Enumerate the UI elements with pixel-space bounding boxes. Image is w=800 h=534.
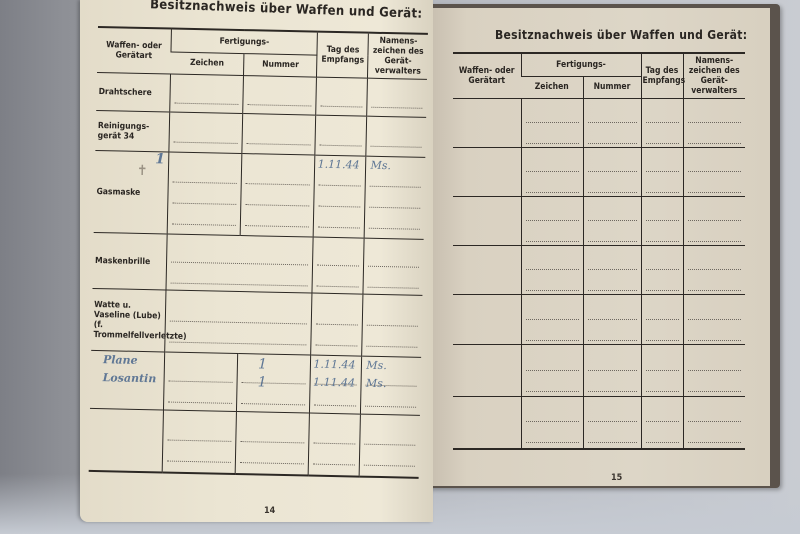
inventory-table-right: Waffen- oder Gerätart Fertigungs- Tag de… <box>453 52 745 450</box>
table-row <box>453 397 745 449</box>
col-item-header: Waffen- oder Gerätart <box>97 27 171 74</box>
handwritten-date: 1.11.44 <box>313 358 355 372</box>
page-title: Besitznachweis über Waffen und Gerät: <box>495 28 747 42</box>
table-row <box>89 408 420 477</box>
page-title: Besitznachweis über Waffen und Gerät: <box>150 0 423 22</box>
handwritten-number: 1 <box>258 356 267 372</box>
col-manufacture-header: Fertigungs- <box>171 29 318 55</box>
left-page: Besitznachweis über Waffen und Gerät: Wa… <box>80 0 433 522</box>
table-row: 1 ✝ Gasmaske 1.11.44 Ms. <box>94 150 426 239</box>
item-label: Plane Losantin <box>90 350 165 410</box>
right-page: Besitznachweis über Waffen und Gerät: Wa… <box>433 8 770 486</box>
col-signature-header: Namens- zeichen des Gerät- verwalters <box>368 33 428 80</box>
table-row: Maskenbrille <box>93 232 424 295</box>
col-number-header: Nummer <box>583 76 641 98</box>
table-row <box>453 345 745 397</box>
col-manufacture-header: Fertigungs- <box>521 53 641 76</box>
handwritten-item: Losantin <box>103 373 157 384</box>
table-row: Plane Losantin 1 1 1.11.44 1.11.44 Ms. M… <box>90 350 421 415</box>
col-mark-header: Zeichen <box>170 52 244 76</box>
item-label <box>89 408 164 472</box>
table-row: Reinigungs- gerät 34 <box>95 110 426 157</box>
col-number-header: Nummer <box>244 53 318 77</box>
table-row <box>453 99 745 148</box>
handwritten-quantity: 1 <box>155 154 165 164</box>
col-mark-header: Zeichen <box>521 76 583 98</box>
item-label: Watte u. Vaseline (Lube) (f. Trommelfell… <box>91 288 166 352</box>
handwritten-signature: Ms. <box>366 377 387 390</box>
col-signature-header: Namens- zeichen des Gerät- verwalters <box>683 53 745 99</box>
page-number: 15 <box>611 473 622 483</box>
handwritten-date: 1.11.44 <box>313 376 355 390</box>
table-row <box>453 148 745 197</box>
table-row <box>453 246 745 295</box>
col-item-header: Waffen- oder Gerätart <box>453 53 521 99</box>
pencil-cross-mark: ✝ <box>137 166 148 176</box>
table-row: Watte u. Vaseline (Lube) (f. Trommelfell… <box>91 288 422 357</box>
col-date-header: Tag des Empfangs <box>641 53 683 99</box>
page-number: 14 <box>264 506 275 516</box>
item-label: Reinigungs- gerät 34 <box>95 110 169 152</box>
item-label: Drahtschere <box>96 72 170 112</box>
item-label: Maskenbrille <box>93 232 167 290</box>
inventory-table-left: Waffen- oder Gerätart Fertigungs- Tag de… <box>89 26 428 478</box>
handwritten-signature: Ms. <box>370 159 391 172</box>
handwritten-item: Plane <box>103 355 138 366</box>
col-date-header: Tag des Empfangs <box>317 32 369 79</box>
table-row <box>453 295 745 345</box>
item-label: 1 ✝ Gasmaske <box>94 150 169 234</box>
table-row <box>453 197 745 246</box>
handwritten-number: 1 <box>258 374 267 390</box>
handwritten-date: 1.11.44 <box>318 158 360 172</box>
handwritten-signature: Ms. <box>366 359 387 372</box>
